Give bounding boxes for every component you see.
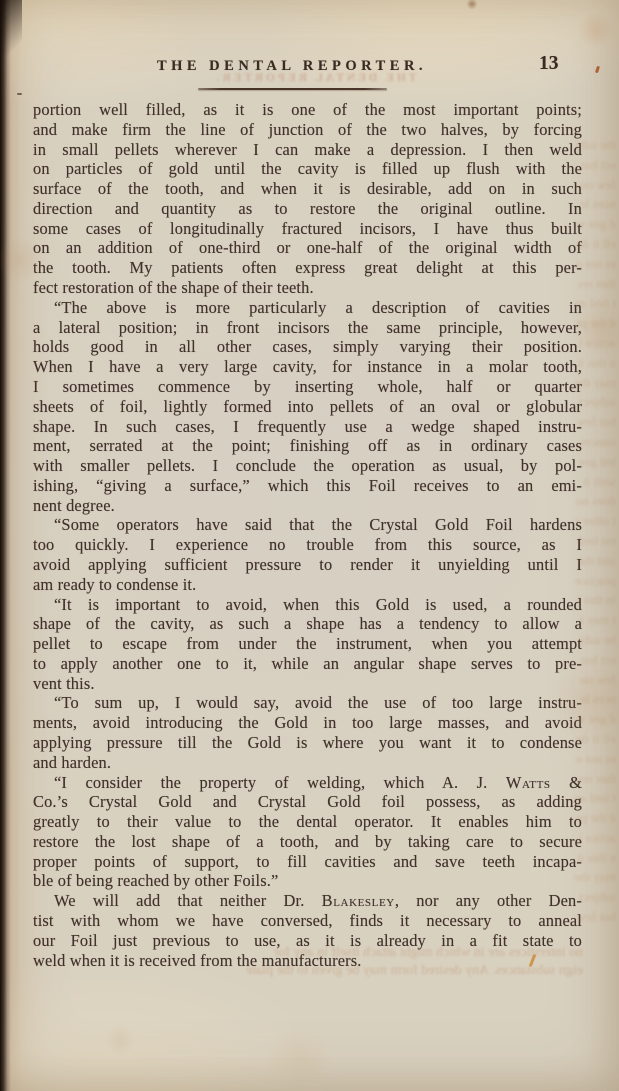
scanned-book-page: THE DENTAL REPORTER. THE DENTAL REPORTER… [0, 0, 619, 1091]
small-caps-name: Blakesley [322, 891, 395, 910]
text-line: a lateral position; in front incisors th… [33, 318, 582, 338]
text-line: We will add that neither Dr. Blakesley, … [33, 891, 582, 911]
text-line: Co.’s Crystal Gold and Crystal Gold foil… [33, 792, 582, 812]
text-line: in small pellets wherever I can make a d… [33, 140, 582, 160]
text-line: to apply another one to it, while an ang… [33, 654, 582, 674]
text-line: ishing, “giving a surface,” which this F… [33, 476, 582, 496]
text-line: on an addition of one-third or one-half … [33, 238, 582, 258]
header-rule [198, 88, 387, 90]
text-line: fect restoration of the shape of their t… [33, 278, 582, 298]
text-line: pellet to escape from under the instrume… [33, 634, 582, 654]
running-head: THE DENTAL REPORTER. [0, 58, 584, 75]
text-line: some cases of longitudinally fractured i… [33, 219, 582, 239]
text-line: direction and quantity as to restore the… [33, 199, 582, 219]
text-line: applying pressure till the Gold is where… [33, 733, 582, 753]
text-line: I sometimes commence by inserting whole,… [33, 377, 582, 397]
text-line: nent degree. [33, 496, 582, 516]
text-line: “I consider the property of welding, whi… [33, 773, 582, 793]
page-number: 13 [539, 53, 559, 75]
text-line: “Some operators have said that the Cryst… [33, 515, 582, 535]
dark-speck [17, 93, 22, 95]
text-line: “It is important to avoid, when this Gol… [33, 595, 582, 615]
text-line: our Foil just previous to use, as it is … [33, 931, 582, 951]
text-line: portion well filled, as it is one of the… [33, 100, 582, 120]
text-line: restore the lost shape of a tooth, and b… [33, 832, 582, 852]
text-line: tist with whom we have conversed, finds … [33, 911, 582, 931]
text-line: ment, serrated at the point; finishing o… [33, 436, 582, 456]
text-line: the tooth. My patients often express gre… [33, 258, 582, 278]
body-text: portion well filled, as it is one of the… [33, 100, 582, 970]
text-line: shape of the cavity, as such a shape has… [33, 614, 582, 634]
text-line: When I have a very large cavity, for ins… [33, 357, 582, 377]
text-line: “The above is more particularly a descri… [33, 298, 582, 318]
text-line: weld when it is received from the manufa… [33, 951, 582, 971]
small-caps-name: Watts [506, 773, 551, 792]
text-line: vent this. [33, 674, 582, 694]
text-line: “To sum up, I would say, avoid the use o… [33, 693, 582, 713]
text-line: and harden. [33, 753, 582, 773]
text-line: on particles of gold until the cavity is… [33, 159, 582, 179]
text-line: sheets of foil, lightly formed into pell… [33, 397, 582, 417]
book-gutter-shadow [0, 0, 11, 1091]
text-line: avoid applying sufficient pressure to re… [33, 555, 582, 575]
text-line: holds good in all other cases, simply va… [33, 337, 582, 357]
text-line: shape. In such cases, I frequently use a… [33, 417, 582, 437]
text-line: and make firm the line of junction of th… [33, 120, 582, 140]
text-line: surface of the tooth, and when it is des… [33, 179, 582, 199]
text-line: greatly to their value to the dental ope… [33, 812, 582, 832]
text-line: proper points of support, to fill caviti… [33, 852, 582, 872]
text-line: with smaller pellets. I conclude the ope… [33, 456, 582, 476]
red-ink-fleck [595, 66, 600, 74]
text-line: ments, avoid introducing the Gold in too… [33, 713, 582, 733]
text-line: am ready to condense it. [33, 575, 582, 595]
text-line: too quickly. I experience no trouble fro… [33, 535, 582, 555]
text-line: ble of being reached by other Foils.” [33, 871, 582, 891]
